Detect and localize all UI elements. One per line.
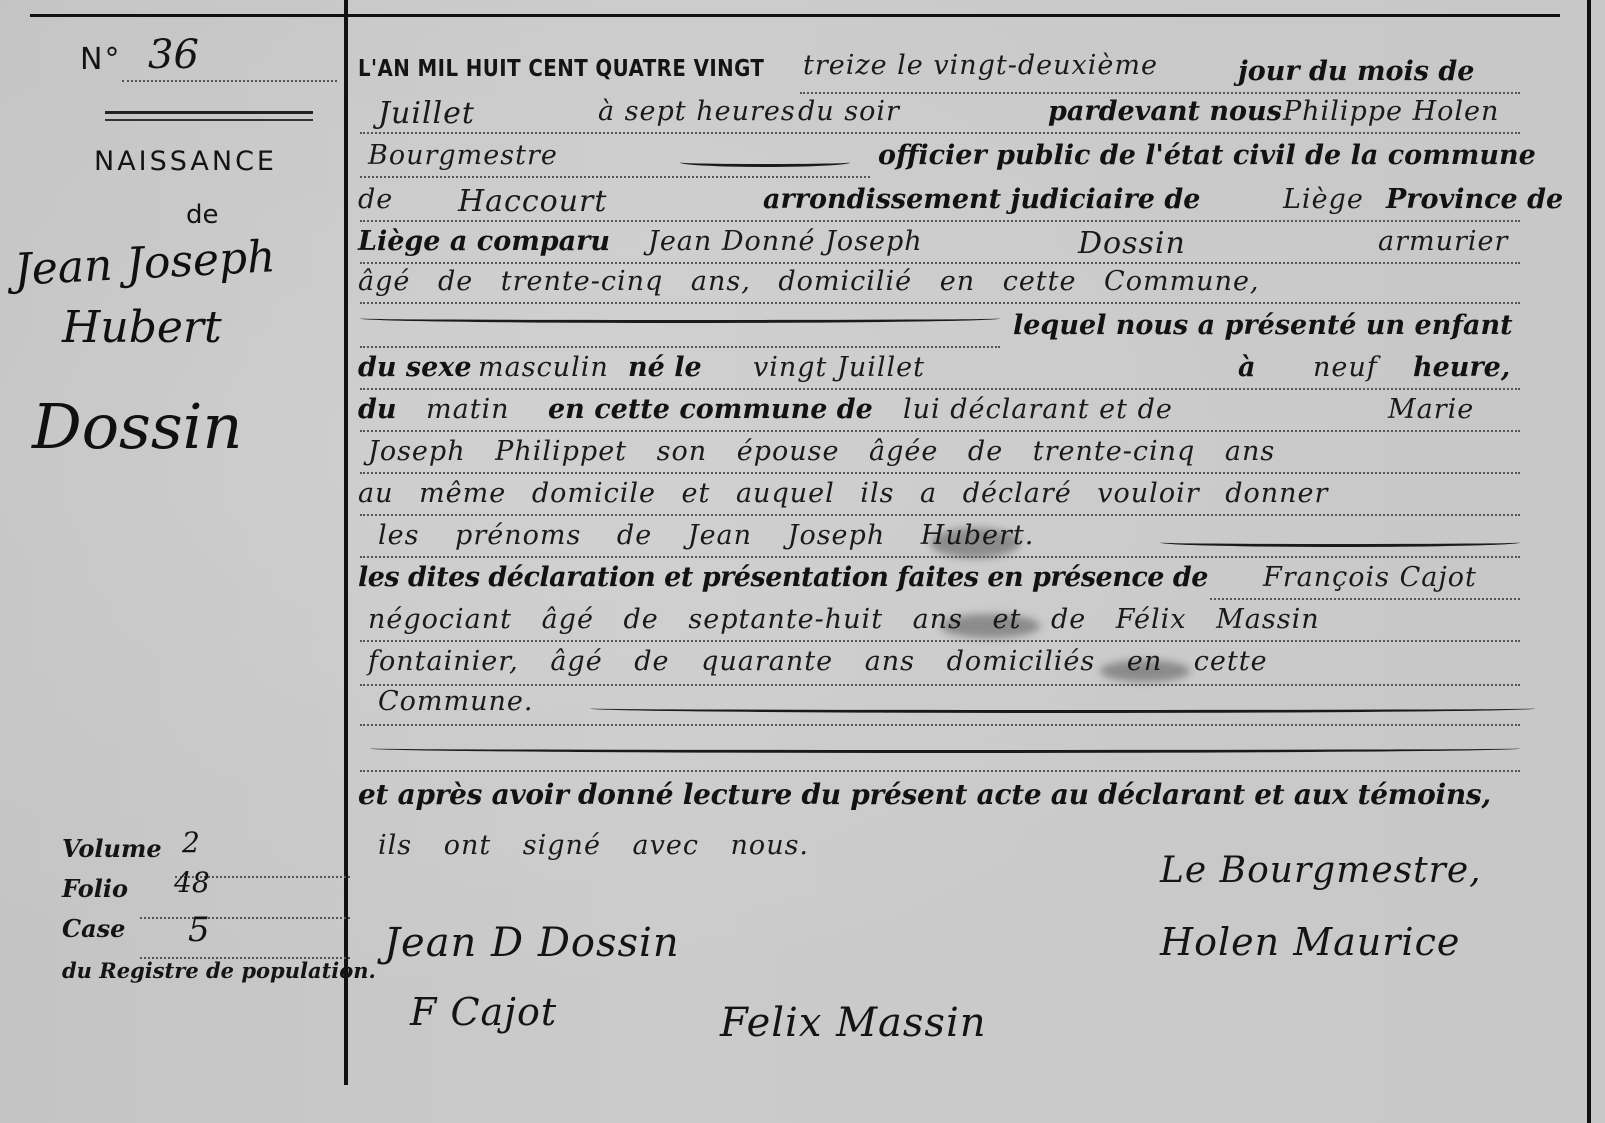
act-line-10: Joseph Philippet son épouse âgée de tren… [358, 436, 1530, 476]
official-name-signature: Holen Maurice [1160, 920, 1460, 964]
birth-time-of-day: matin [426, 394, 510, 425]
margin-double-rule [105, 111, 313, 121]
dotline-17 [360, 770, 1520, 772]
act-type-de: de [186, 200, 219, 230]
act-line-4: de Haccourt arrondissement judiciaire de… [358, 184, 1530, 224]
dotline-9 [360, 430, 1520, 432]
register-page: N° 36 NAISSANCE de Jean Joseph Hubert Do… [0, 0, 1605, 1123]
dotline-4 [360, 220, 1520, 222]
ink-smudge-3 [1100, 660, 1190, 682]
month: Juillet [378, 96, 475, 131]
dotline-5 [360, 262, 1520, 264]
act-line8-sexe: du sexe [358, 352, 472, 383]
witness1-name: François Cajot [1263, 562, 1477, 593]
declarant-given-names: Jean Donné Joseph [648, 226, 923, 257]
signature-witness2: Felix Massin [720, 1000, 987, 1046]
act-line4-printed: arrondissement judiciaire de [763, 184, 1200, 215]
signature-declarant: Jean D Dossin [384, 920, 680, 966]
case-label: Case [62, 914, 125, 943]
act-line-9: du matin en cette commune de lui déclara… [358, 394, 1530, 434]
act-number-dotline [122, 80, 337, 82]
filler-line-16 [590, 704, 1535, 713]
dotline-7 [360, 346, 1000, 348]
act-line5-printed: Liège a comparu [358, 226, 610, 257]
commune-name: Haccourt [458, 184, 607, 219]
act-line-8: du sexe masculin né le vingt Juillet à n… [358, 352, 1530, 392]
act-line9-printed: en cette commune de [548, 394, 873, 425]
declarant-profession: armurier [1378, 226, 1508, 257]
act-line-5: Liège a comparu Jean Donné Joseph Dossin… [358, 226, 1530, 266]
dotline-6 [360, 302, 1520, 304]
right-border [1587, 0, 1591, 1123]
dotline-8 [360, 388, 1520, 390]
act-line7-printed: lequel nous a présenté un enfant [1013, 310, 1513, 341]
act-line-2: Juillet à sept heures du soir pardevant … [358, 96, 1530, 136]
birth-place-parents: lui déclarant et de [903, 394, 1173, 425]
birth-hour: neuf [1313, 352, 1378, 383]
filler-line-17 [370, 744, 1520, 753]
mother-name-age: Joseph Philippet son épouse âgée de tren… [368, 436, 1275, 467]
official-title-signature: Le Bourgmestre, [1160, 850, 1482, 891]
volume-label: Volume [62, 834, 162, 863]
act-line8-heure: heure, [1413, 352, 1510, 383]
dotline-1 [800, 92, 1520, 94]
dotline-13 [1210, 598, 1520, 600]
act-line9-du: du [358, 394, 397, 425]
act-line-13: les dites déclaration et présentation fa… [358, 562, 1530, 602]
act-line8-a: à [1238, 352, 1256, 383]
ink-smudge-2 [940, 614, 1040, 638]
ink-smudge [930, 528, 1020, 558]
column-divider [344, 0, 348, 1085]
time-of-day: du soir [798, 96, 900, 127]
dotline-16 [360, 724, 1520, 726]
act-line-11: au même domicile et auquel ils a déclaré… [358, 478, 1530, 518]
dotline-11 [360, 514, 1520, 516]
act-number-value: 36 [148, 32, 199, 78]
act-closing: et après avoir donné lecture du présent … [358, 778, 1530, 818]
child-middle-name: Hubert [62, 302, 222, 353]
mother-first-name: Marie [1388, 394, 1474, 425]
hour: à sept heures [598, 96, 796, 127]
folio-label: Folio [62, 874, 128, 903]
act-line-3: Bourgmestre officier public de l'état ci… [358, 140, 1530, 180]
child-given-names: Jean Joseph [13, 231, 277, 296]
act-line2-printed: pardevant nous [1048, 96, 1282, 127]
arrondissement-name: Liège [1283, 184, 1364, 215]
act-line1-printed-end: jour du mois de [1238, 56, 1474, 87]
birth-date: vingt Juillet [753, 352, 925, 383]
act-closing-printed: et après avoir donné lecture du présent … [358, 778, 1491, 811]
act-year-hand: treize le vingt-deuxième [803, 50, 1158, 81]
officer-title: Bourgmestre [368, 140, 558, 171]
act-line4-province: Province de [1386, 184, 1563, 215]
folio-dotline [140, 917, 350, 919]
case-value: 5 [188, 910, 210, 950]
dotline-2 [360, 132, 1520, 134]
act-line3-printed: officier public de l'état civil de la co… [878, 140, 1536, 171]
act-line-6: âgé de trente-cinq ans, domicilié en cet… [358, 266, 1530, 306]
witness-details: négociant âgé de septante-huit ans et de… [368, 604, 1320, 635]
act-line8-ne-le: né le [628, 352, 702, 383]
child-surname: Dossin [32, 390, 242, 463]
folio-value: 48 [174, 866, 210, 899]
act-line4-de: de [358, 184, 393, 215]
signature-witness1: F Cajot [410, 990, 557, 1034]
volume-value: 2 [182, 826, 200, 859]
act-line-1: treize le vingt-deuxième jour du mois de [358, 56, 1530, 96]
domicile-declaration: au même domicile et auquel ils a déclaré… [358, 478, 1328, 509]
declarant-surname: Dossin [1078, 226, 1186, 261]
commune-closing: Commune. [378, 686, 533, 717]
officer-name: Philippe Holen [1283, 96, 1499, 127]
filler-line-3 [680, 158, 850, 167]
dotline-10 [360, 472, 1520, 474]
signed-statement: ils ont signé avec nous. [378, 830, 809, 861]
register-footer: du Registre de population. [62, 958, 376, 983]
top-rule [30, 14, 1560, 17]
act-line13-printed: les dites déclaration et présentation fa… [358, 562, 1208, 593]
dotline-12 [360, 556, 1520, 558]
dotline-14 [360, 640, 1520, 642]
act-line-7: lequel nous a présenté un enfant [358, 310, 1530, 350]
act-number-label: N° [80, 42, 121, 77]
dotline-3 [360, 176, 870, 178]
filler-line-12 [1160, 538, 1520, 547]
declarant-age-domicile: âgé de trente-cinq ans, domicilié en cet… [358, 266, 1260, 297]
child-sex: masculin [478, 352, 609, 383]
act-line-15: fontainier, âgé de quarante ans domicili… [358, 646, 1530, 686]
act-type-heading: NAISSANCE [94, 146, 277, 177]
